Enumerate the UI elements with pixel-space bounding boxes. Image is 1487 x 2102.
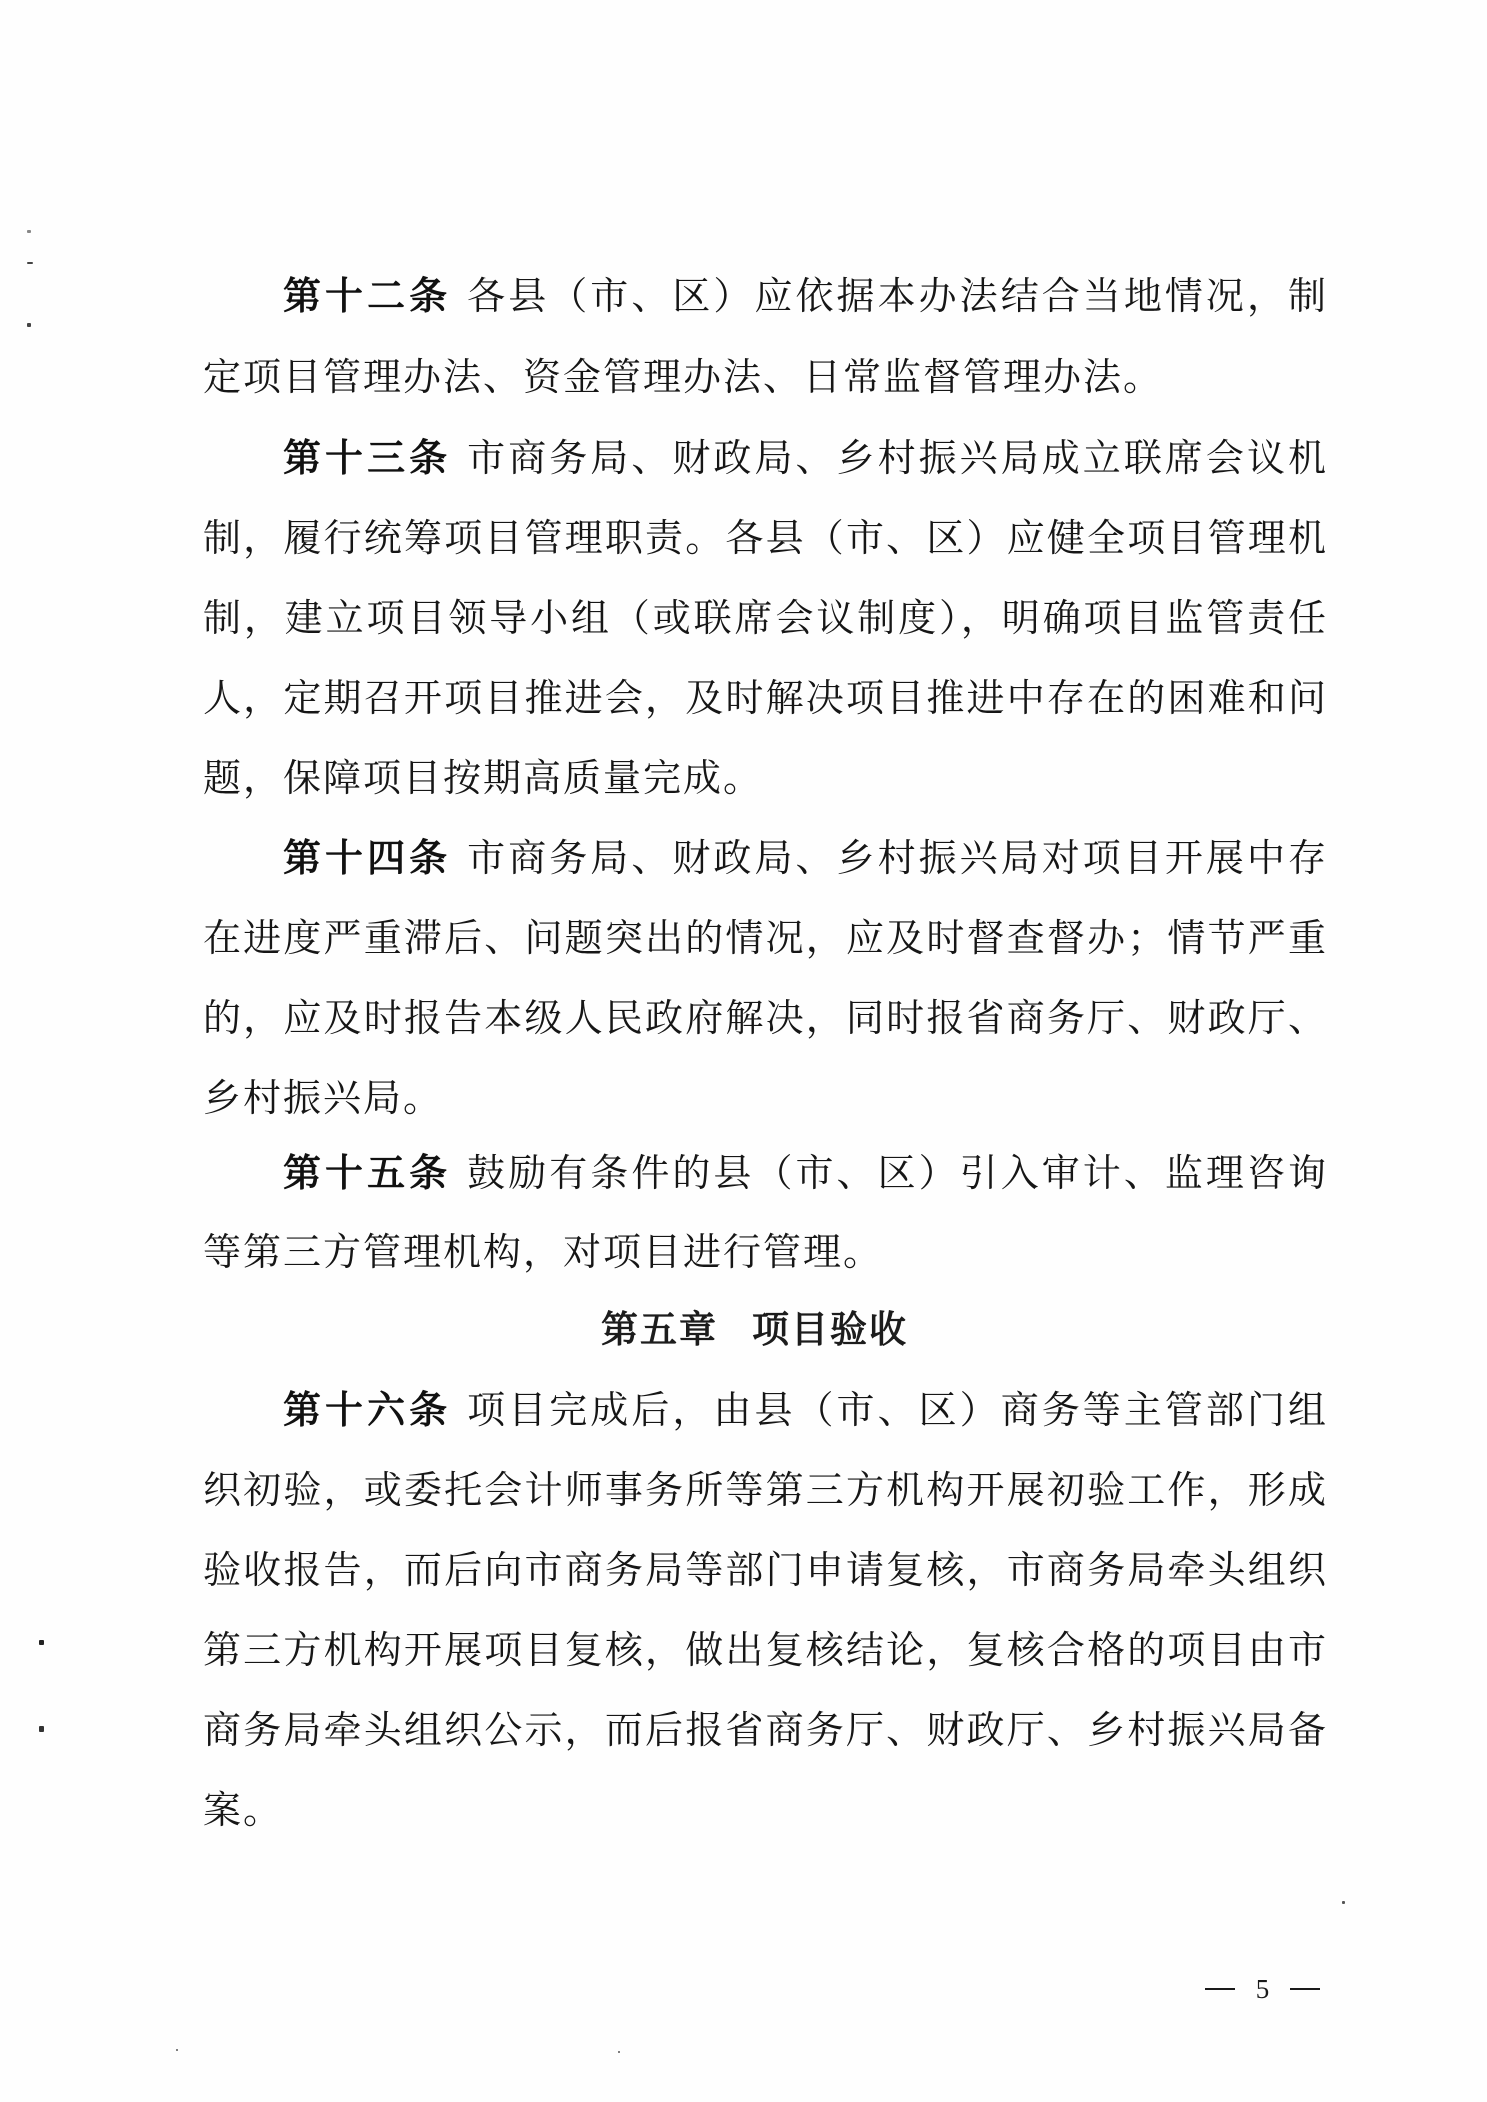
article-13-line-4: 人，定期召开项目推进会，及时解决项目推进中存在的困难和问 bbox=[203, 676, 1328, 720]
article-16-line-2: 织初验，或委托会计师事务所等第三方机构开展初验工作，形成 bbox=[203, 1468, 1328, 1512]
document-page: 第十二条各县（市、区）应依据本办法结合当地情况，制 定项目管理办法、资金管理办法… bbox=[0, 0, 1487, 2102]
scan-speck bbox=[39, 1726, 44, 1732]
article-16-line-3: 验收报告，而后向市商务局等部门申请复核，市商务局牵头组织 bbox=[203, 1548, 1328, 1592]
article-13-line-1: 第十三条市商务局、财政局、乡村振兴局成立联席会议机 bbox=[283, 436, 1328, 480]
scan-speck bbox=[27, 323, 31, 327]
article-text: 鼓励有条件的县（市、区）引入审计、监理咨询 bbox=[467, 1151, 1328, 1195]
article-13-line-3: 制，建立项目领导小组（或联席会议制度），明确项目监管责任 bbox=[203, 596, 1328, 640]
article-16-line-5: 商务局牵头组织公示，而后报省商务厅、财政厅、乡村振兴局备 bbox=[203, 1708, 1328, 1752]
article-12-title: 第十二条 bbox=[283, 274, 451, 318]
article-13-line-2: 制，履行统筹项目管理职责。各县（市、区）应健全项目管理机 bbox=[203, 516, 1328, 560]
chapter-number: 第五章 bbox=[601, 1308, 718, 1351]
article-15-title: 第十五条 bbox=[283, 1151, 451, 1195]
article-14-line-2: 在进度严重滞后、问题突出的情况，应及时督查督办；情节严重 bbox=[203, 916, 1328, 960]
chapter-heading: 第五章项目验收 bbox=[0, 1306, 1487, 1354]
article-14-line-3: 的，应及时报告本级人民政府解决，同时报省商务厅、财政厅、 bbox=[203, 996, 1328, 1040]
article-text: 市商务局、财政局、乡村振兴局对项目开展中存 bbox=[467, 836, 1328, 880]
page-number-value: 5 bbox=[1256, 1972, 1270, 2006]
article-14-line-4: 乡村振兴局。 bbox=[203, 1076, 1328, 1120]
scan-speck bbox=[176, 2049, 178, 2051]
article-16-title: 第十六条 bbox=[283, 1388, 451, 1432]
page-number-dash-left bbox=[1205, 1988, 1235, 1990]
scan-speck bbox=[39, 1640, 44, 1645]
article-13-title: 第十三条 bbox=[283, 436, 451, 480]
article-16-line-1: 第十六条项目完成后，由县（市、区）商务等主管部门组 bbox=[283, 1388, 1328, 1432]
article-16-line-4: 第三方机构开展项目复核，做出复核结论，复核合格的项目由市 bbox=[203, 1628, 1328, 1672]
scan-speck bbox=[27, 262, 33, 264]
article-14-title: 第十四条 bbox=[283, 836, 451, 880]
article-text: 市商务局、财政局、乡村振兴局成立联席会议机 bbox=[467, 436, 1328, 480]
article-15-line-1: 第十五条鼓励有条件的县（市、区）引入审计、监理咨询 bbox=[283, 1151, 1328, 1195]
scan-speck bbox=[618, 2051, 620, 2053]
article-text: 项目完成后，由县（市、区）商务等主管部门组 bbox=[467, 1388, 1328, 1432]
article-15-line-2: 等第三方管理机构，对项目进行管理。 bbox=[203, 1230, 1328, 1274]
article-14-line-1: 第十四条市商务局、财政局、乡村振兴局对项目开展中存 bbox=[283, 836, 1328, 880]
scan-speck bbox=[1342, 1901, 1345, 1904]
page-number: 5 bbox=[1205, 1972, 1320, 2006]
page-number-dash-right bbox=[1290, 1988, 1320, 1990]
article-12-line-1: 第十二条各县（市、区）应依据本办法结合当地情况，制 bbox=[283, 274, 1328, 318]
article-16-line-6: 案。 bbox=[203, 1788, 1328, 1832]
scan-speck bbox=[27, 230, 31, 233]
chapter-title: 项目验收 bbox=[752, 1308, 908, 1351]
article-12-line-2: 定项目管理办法、资金管理办法、日常监督管理办法。 bbox=[203, 355, 1328, 399]
article-text: 各县（市、区）应依据本办法结合当地情况，制 bbox=[467, 274, 1328, 318]
article-13-line-5: 题，保障项目按期高质量完成。 bbox=[203, 756, 1328, 800]
